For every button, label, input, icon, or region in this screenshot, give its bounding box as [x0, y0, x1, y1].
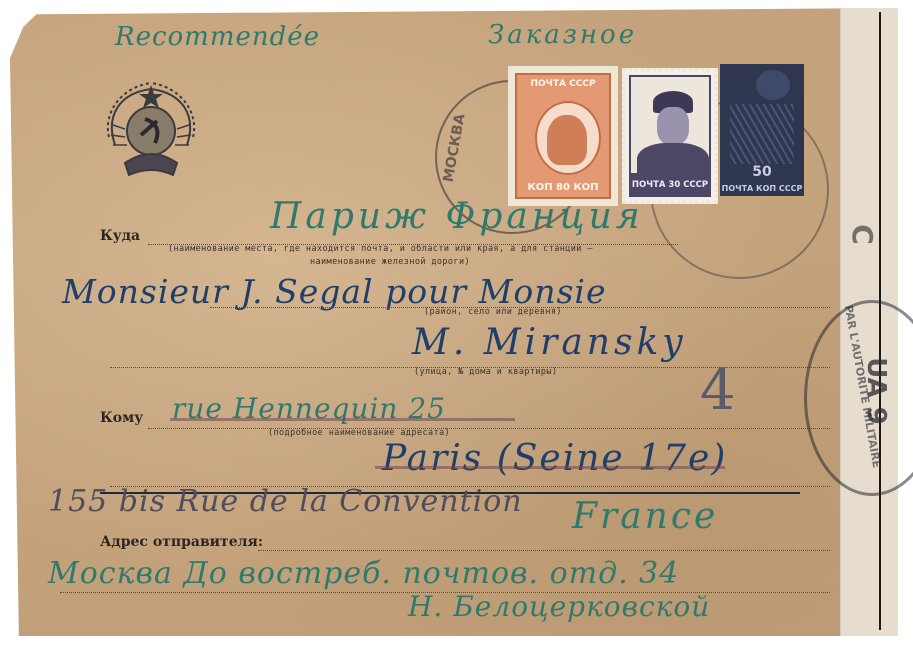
stamp-50-kop-imprinted: 50 ПОЧТА КОП СССР — [720, 64, 804, 196]
raion-hint: (район, село или деревня) — [424, 307, 562, 317]
kuda-label: Куда — [100, 228, 140, 244]
sender-label: Адрес отправителя: — [100, 534, 263, 550]
addressee-line-1: Monsieur J. Segal pour Monsie — [62, 272, 607, 311]
ussr-emblem-icon — [95, 75, 207, 187]
stamp-30-kop: ПОЧТА 30 СССР — [622, 68, 718, 204]
stamp-80-kop: ПОЧТА СССР КОП 80 КОП — [508, 66, 618, 206]
forwarding-address: 155 bis Rue de la Convention — [48, 484, 523, 519]
ulitsa-hint: (улица, № дома и квартиры) — [414, 367, 557, 377]
komu-hint: (подробное наименование адресата) — [268, 428, 450, 438]
censor-number: UA 9 — [861, 357, 891, 425]
city-strikethrough — [375, 466, 725, 469]
pencil-mark: 4 — [700, 358, 737, 423]
sender-line-1: Москва До востреб. почтов. отд. 34 — [48, 556, 679, 591]
kuda-value: Париж Франция — [270, 196, 644, 237]
kuda-hint-2: наименование железной дороги) — [310, 257, 470, 267]
komu-label: Кому — [100, 410, 143, 426]
recommendee-note: Recommendée — [115, 22, 320, 52]
komu-dotted-line — [148, 428, 830, 429]
kuda-hint-1: (наименование места, где находится почта… — [168, 244, 593, 254]
addressee-line-2: M. Miransky — [412, 322, 687, 363]
komu-strikethrough — [170, 418, 515, 421]
sender-dotted-line-1 — [258, 550, 830, 551]
country: France — [572, 496, 718, 537]
city-line: Paris (Seine 17e) — [382, 438, 727, 479]
zakaznoe-note: Заказное — [488, 20, 637, 50]
censor-partial-c: C — [846, 224, 879, 245]
sender-line-2: Н. Белоцерковской — [408, 590, 710, 623]
